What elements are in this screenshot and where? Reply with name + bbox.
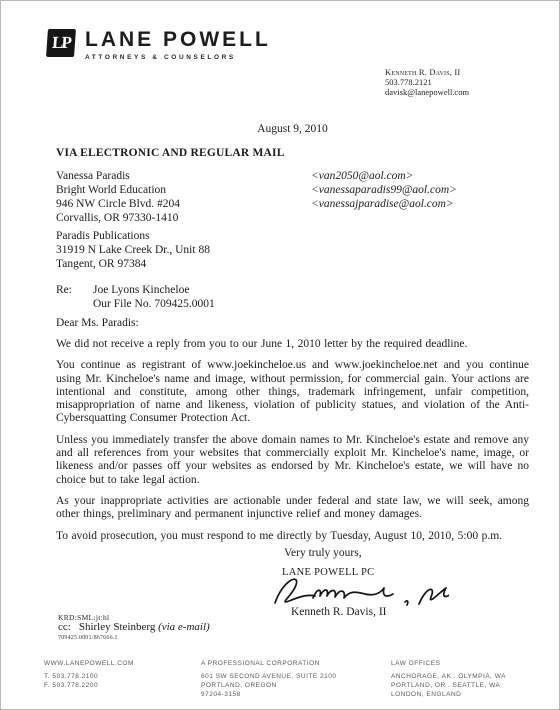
cc-line: cc:Shirley Steinberg (via e-mail) bbox=[58, 621, 210, 633]
recipient-city: Corvallis, OR 97330-1410 bbox=[56, 211, 180, 225]
recipient2-street: 31919 N Lake Creek Dr., Unit 88 bbox=[56, 243, 210, 257]
document-number: 709425.0001/867666.1 bbox=[58, 635, 118, 641]
footer-corporation: A PROFESSIONAL CORPORATION bbox=[201, 659, 336, 668]
delivery-method: VIA ELECTRONIC AND REGULAR MAIL bbox=[56, 147, 285, 159]
footer-offices-column: LAW OFFICES ANCHORAGE, AK . OLYMPIA, WA … bbox=[391, 659, 506, 699]
attorney-name: Kenneth R. Davis, II bbox=[385, 67, 469, 77]
footer-phone: T. 503.778.2100 bbox=[44, 672, 134, 681]
footer-city: PORTLAND, OREGON bbox=[201, 681, 336, 690]
recipient-email: <vanessaparadis99@aol.com> bbox=[311, 183, 457, 197]
recipient2-city: Tangent, OR 97384 bbox=[56, 257, 210, 271]
cc-via-note: (via e-mail) bbox=[158, 621, 210, 633]
footer-offices-2: PORTLAND, OR . SEATTLE, WA bbox=[391, 681, 506, 690]
recipient-street: 946 NW Circle Blvd. #204 bbox=[56, 197, 180, 211]
paragraph: To avoid prosecution, you must respond t… bbox=[56, 530, 529, 543]
recipient-address-2: Paradis Publications 31919 N Lake Creek … bbox=[56, 229, 210, 271]
attorney-email: davisk@lanepowell.com bbox=[385, 87, 469, 97]
letter-date: August 9, 2010 bbox=[56, 123, 529, 135]
signer-name: Kenneth R. Davis, II bbox=[291, 606, 387, 618]
re-lines: Joe Lyons Kincheloe Our File No. 709425.… bbox=[93, 283, 215, 311]
recipient2-org: Paradis Publications bbox=[56, 229, 210, 243]
paragraph: We did not receive a reply from you to o… bbox=[56, 338, 529, 351]
firm-name: LANE POWELL bbox=[85, 29, 271, 51]
lane-powell-logo: LP LANE POWELL ATTORNEYS & COUNSELORS bbox=[47, 29, 271, 61]
footer-contact-column: www.lanepowell.com T. 503.778.2100 F. 50… bbox=[44, 659, 134, 690]
recipient-emails: <van2050@aol.com> <vanessaparadis99@aol.… bbox=[311, 169, 457, 211]
re-block: Re: Joe Lyons Kincheloe Our File No. 709… bbox=[56, 283, 215, 311]
re-subject: Joe Lyons Kincheloe bbox=[93, 283, 215, 297]
paragraph: As your inappropriate activities are act… bbox=[56, 495, 529, 522]
recipient-name: Vanessa Paradis bbox=[56, 169, 180, 183]
firm-tagline: ATTORNEYS & COUNSELORS bbox=[85, 54, 271, 61]
footer-offices-3: LONDON, ENGLAND bbox=[391, 690, 506, 699]
cc-label: cc: bbox=[58, 621, 71, 633]
re-label: Re: bbox=[56, 283, 93, 311]
footer-website: www.lanepowell.com bbox=[44, 659, 134, 668]
letter-body: We did not receive a reply from you to o… bbox=[56, 338, 529, 551]
recipient-org: Bright World Education bbox=[56, 183, 180, 197]
salutation: Dear Ms. Paradis: bbox=[56, 317, 139, 329]
recipient-email: <van2050@aol.com> bbox=[311, 169, 457, 183]
recipient-email: <vanessajparadise@aol.com> bbox=[311, 197, 457, 211]
footer-offices-1: ANCHORAGE, AK . OLYMPIA, WA bbox=[391, 672, 506, 681]
paragraph: Unless you immediately transfer the abov… bbox=[56, 434, 529, 487]
attorney-phone: 503.778.2121 bbox=[385, 77, 469, 87]
paragraph: You continue as registrant of www.joekin… bbox=[56, 359, 529, 425]
scanned-letter-page: LP LANE POWELL ATTORNEYS & COUNSELORS Ke… bbox=[0, 0, 560, 710]
footer-fax: F. 503.778.2200 bbox=[44, 681, 134, 690]
attorney-contact-block: Kenneth R. Davis, II 503.778.2121 davisk… bbox=[385, 67, 469, 97]
footer-zip: 97204-3158 bbox=[201, 690, 336, 699]
logo-text: LANE POWELL ATTORNEYS & COUNSELORS bbox=[85, 29, 271, 61]
footer-address-column: A PROFESSIONAL CORPORATION 601 SW SECOND… bbox=[201, 659, 336, 699]
footer-street: 601 SW SECOND AVENUE, SUITE 2100 bbox=[201, 672, 336, 681]
re-file-number: Our File No. 709425.0001 bbox=[93, 297, 215, 311]
closing-phrase: Very truly yours, bbox=[284, 547, 362, 559]
lane-powell-logo-icon: LP bbox=[46, 29, 76, 57]
cc-name: Shirley Steinberg bbox=[79, 621, 155, 633]
footer-offices-label: LAW OFFICES bbox=[391, 659, 506, 668]
recipient-address: Vanessa Paradis Bright World Education 9… bbox=[56, 169, 180, 225]
